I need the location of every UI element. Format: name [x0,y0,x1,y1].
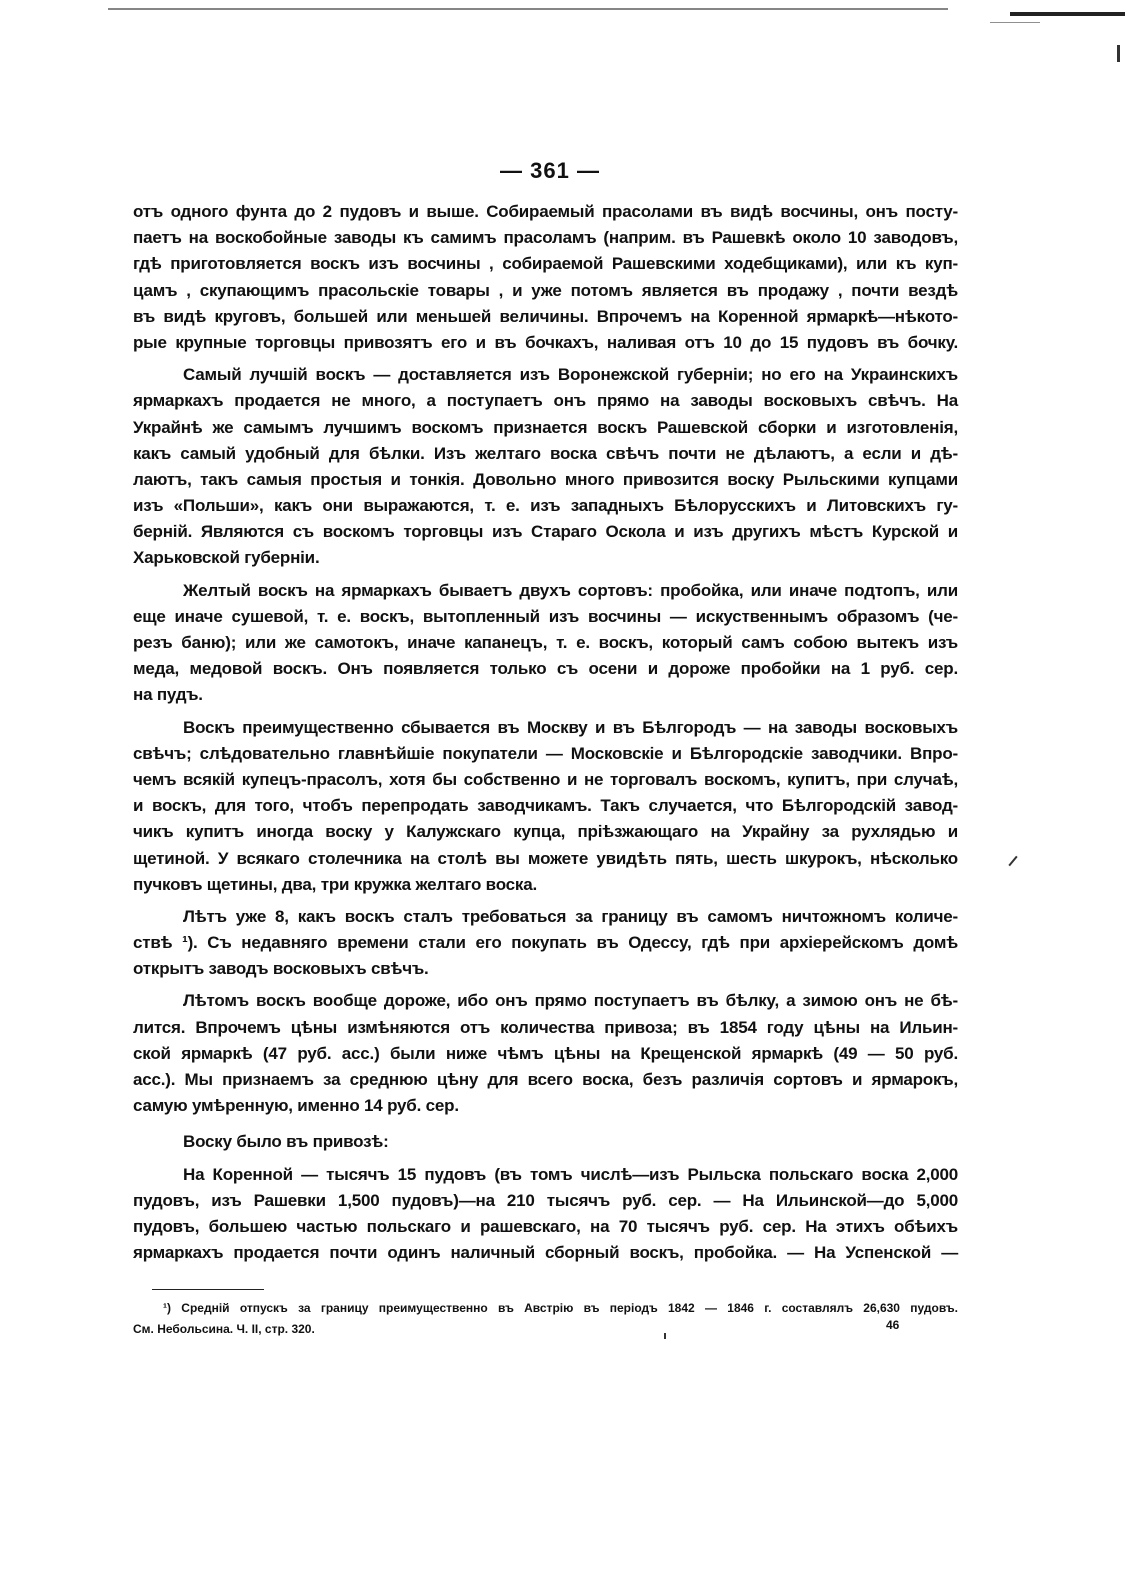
paragraph: отъ одного фунта до 2 пудовъ и выше. Соб… [133,199,958,356]
text-line: пудовъ, большею частью польскаго и рашев… [133,1214,958,1240]
text-line: на пудъ. [133,682,958,708]
text-line: асс.). Мы признаемъ за среднюю цѣну для … [133,1067,958,1093]
body-text: отъ одного фунта до 2 пудовъ и выше. Соб… [133,199,958,1266]
text-line: Самый лучшій воскъ — доставляется изъ Во… [133,362,958,388]
text-line: въ видѣ круговъ, большей или меньшей вел… [133,304,958,330]
footnote-divider [152,1289,264,1290]
text-line: гдѣ приготовляется воскъ изъ восчины , с… [133,251,958,277]
text-line: берній. Являются съ воскомъ торговцы изъ… [133,519,958,545]
text-line: изъ «Польши», какъ они выражаются, т. е.… [133,493,958,519]
text-line: Лѣтъ уже 8, какъ воскъ сталъ требоваться… [133,904,958,930]
footnote-line: ¹) Средній отпускъ за границу преимущест… [133,1298,958,1319]
text-line: и воскъ, для того, чтобъ перепродать зав… [133,793,958,819]
text-line: Харьковской губерніи. [133,545,958,571]
text-line: ской ярмаркѣ (47 руб. асс.) были ниже чѣ… [133,1041,958,1067]
scan-artifact-top-right-thin [990,22,1040,23]
scan-artifact-top-rule [108,8,948,10]
text-line: Лѣтомъ воскъ вообще дороже, ибо онъ прям… [133,988,958,1014]
paragraph: Воскъ преимущественно сбывается въ Москв… [133,715,958,898]
text-line: щетиной. У всякаго столечника на столѣ в… [133,846,958,872]
text-line: чикъ купитъ иногда воску у Калужскаго ку… [133,819,958,845]
text-line: самую умѣренную, именно 14 руб. сер. [133,1093,958,1119]
scan-artifact-slash [1008,856,1017,866]
text-line: Желтый воскъ на ярмаркахъ бываетъ двухъ … [133,578,958,604]
text-line: какъ самый удобный для бѣлки. Изъ желтаг… [133,441,958,467]
signature-mark: 46 [886,1318,899,1332]
text-line: рые крупные торговцы привозятъ его и въ … [133,330,958,356]
paragraph: Воску было въ привозѣ: [133,1129,958,1155]
scan-artifact-top-right-bar [1010,12,1125,16]
text-line: Воску было въ привозѣ: [133,1129,958,1155]
paragraph: Лѣтомъ воскъ вообще дороже, ибо онъ прям… [133,988,958,1119]
footnote: ¹) Средній отпускъ за границу преимущест… [133,1298,958,1340]
text-line: Воскъ преимущественно сбывается въ Москв… [133,715,958,741]
text-line: открытъ заводъ восковыхъ свѣчъ. [133,956,958,982]
text-line: пучковъ щетины, два, три кружка желтаго … [133,872,958,898]
text-line: На Коренной — тысячъ 15 пудовъ (въ томъ … [133,1162,958,1188]
footnote-line: См. Небольсина. Ч. II, стр. 320. [133,1319,958,1340]
text-line: резъ баню); или же самотокъ, иначе капан… [133,630,958,656]
text-line: Украйнѣ же самымъ лучшимъ воскомъ призна… [133,415,958,441]
text-line: лится. Впрочемъ цѣны измѣняются отъ коли… [133,1015,958,1041]
text-line: отъ одного фунта до 2 пудовъ и выше. Соб… [133,199,958,225]
scan-artifact-tick [664,1333,666,1339]
text-line: пудовъ, изъ Рашевки 1,500 пудовъ)—на 210… [133,1188,958,1214]
text-line: чемъ всякій купецъ-прасолъ, хотя бы собс… [133,767,958,793]
text-line: лаютъ, такъ самыя простыя и тонкія. Дово… [133,467,958,493]
text-line: ярмаркахъ продается почти одинъ наличный… [133,1240,958,1266]
paragraph: На Коренной — тысячъ 15 пудовъ (въ томъ … [133,1162,958,1267]
text-line: ствѣ ¹). Съ недавняго времени стали его … [133,930,958,956]
page-number: — 361 — [0,158,1100,184]
paragraph: Лѣтъ уже 8, какъ воскъ сталъ требоваться… [133,904,958,983]
text-line: ярмаркахъ продается не много, а поступае… [133,388,958,414]
text-line: еще иначе сушевой, т. е. воскъ, вытоплен… [133,604,958,630]
text-line: меда, медовой воскъ. Онъ появляется толь… [133,656,958,682]
paragraph: Самый лучшій воскъ — доставляется изъ Во… [133,362,958,572]
text-line: цамъ , скупающимъ прасольскіе товары , и… [133,278,958,304]
scan-artifact-right-mark [1117,45,1120,62]
text-line: свѣчъ; слѣдовательно главнѣйшіе покупате… [133,741,958,767]
paragraph: Желтый воскъ на ярмаркахъ бываетъ двухъ … [133,578,958,709]
text-line: паетъ на воскобойные заводы къ самимъ пр… [133,225,958,251]
